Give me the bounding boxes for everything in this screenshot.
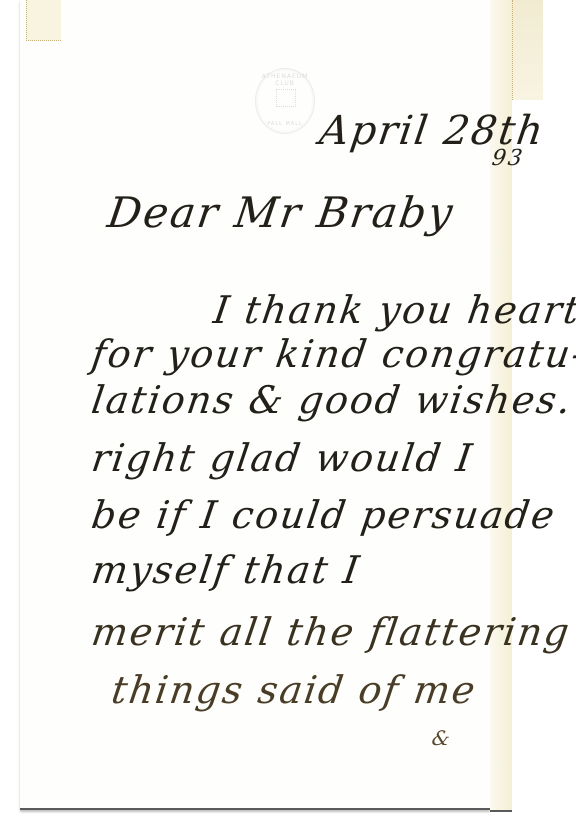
- stamp-top-text: ATHENAEUM CLUB: [256, 73, 314, 87]
- perforated-tab-top-left: [26, 0, 61, 41]
- letter-year: 93: [490, 146, 526, 171]
- body-line-1: I thank you heartily: [211, 288, 576, 332]
- stamp-crest-icon: [276, 89, 296, 107]
- body-line-8: things said of me: [109, 668, 480, 712]
- catchword: &: [430, 726, 453, 750]
- body-line-5: be if I could persuade: [89, 493, 559, 537]
- body-line-3: lations & good wishes.: [89, 378, 575, 422]
- body-line-4: right glad would I: [89, 436, 477, 480]
- body-line-6: myself that I: [89, 548, 364, 592]
- embossed-club-stamp: ATHENAEUM CLUB PALL MALL: [255, 68, 315, 134]
- perforated-tab-top-right: [512, 0, 543, 100]
- salutation: Dear Mr Braby: [105, 188, 458, 237]
- letter-scan: ATHENAEUM CLUB PALL MALL April 28th 93 D…: [0, 0, 576, 822]
- stamp-bottom-text: PALL MALL: [256, 121, 314, 127]
- body-line-7: merit all the flattering: [89, 610, 574, 654]
- body-line-2: for your kind congratu-: [89, 332, 576, 376]
